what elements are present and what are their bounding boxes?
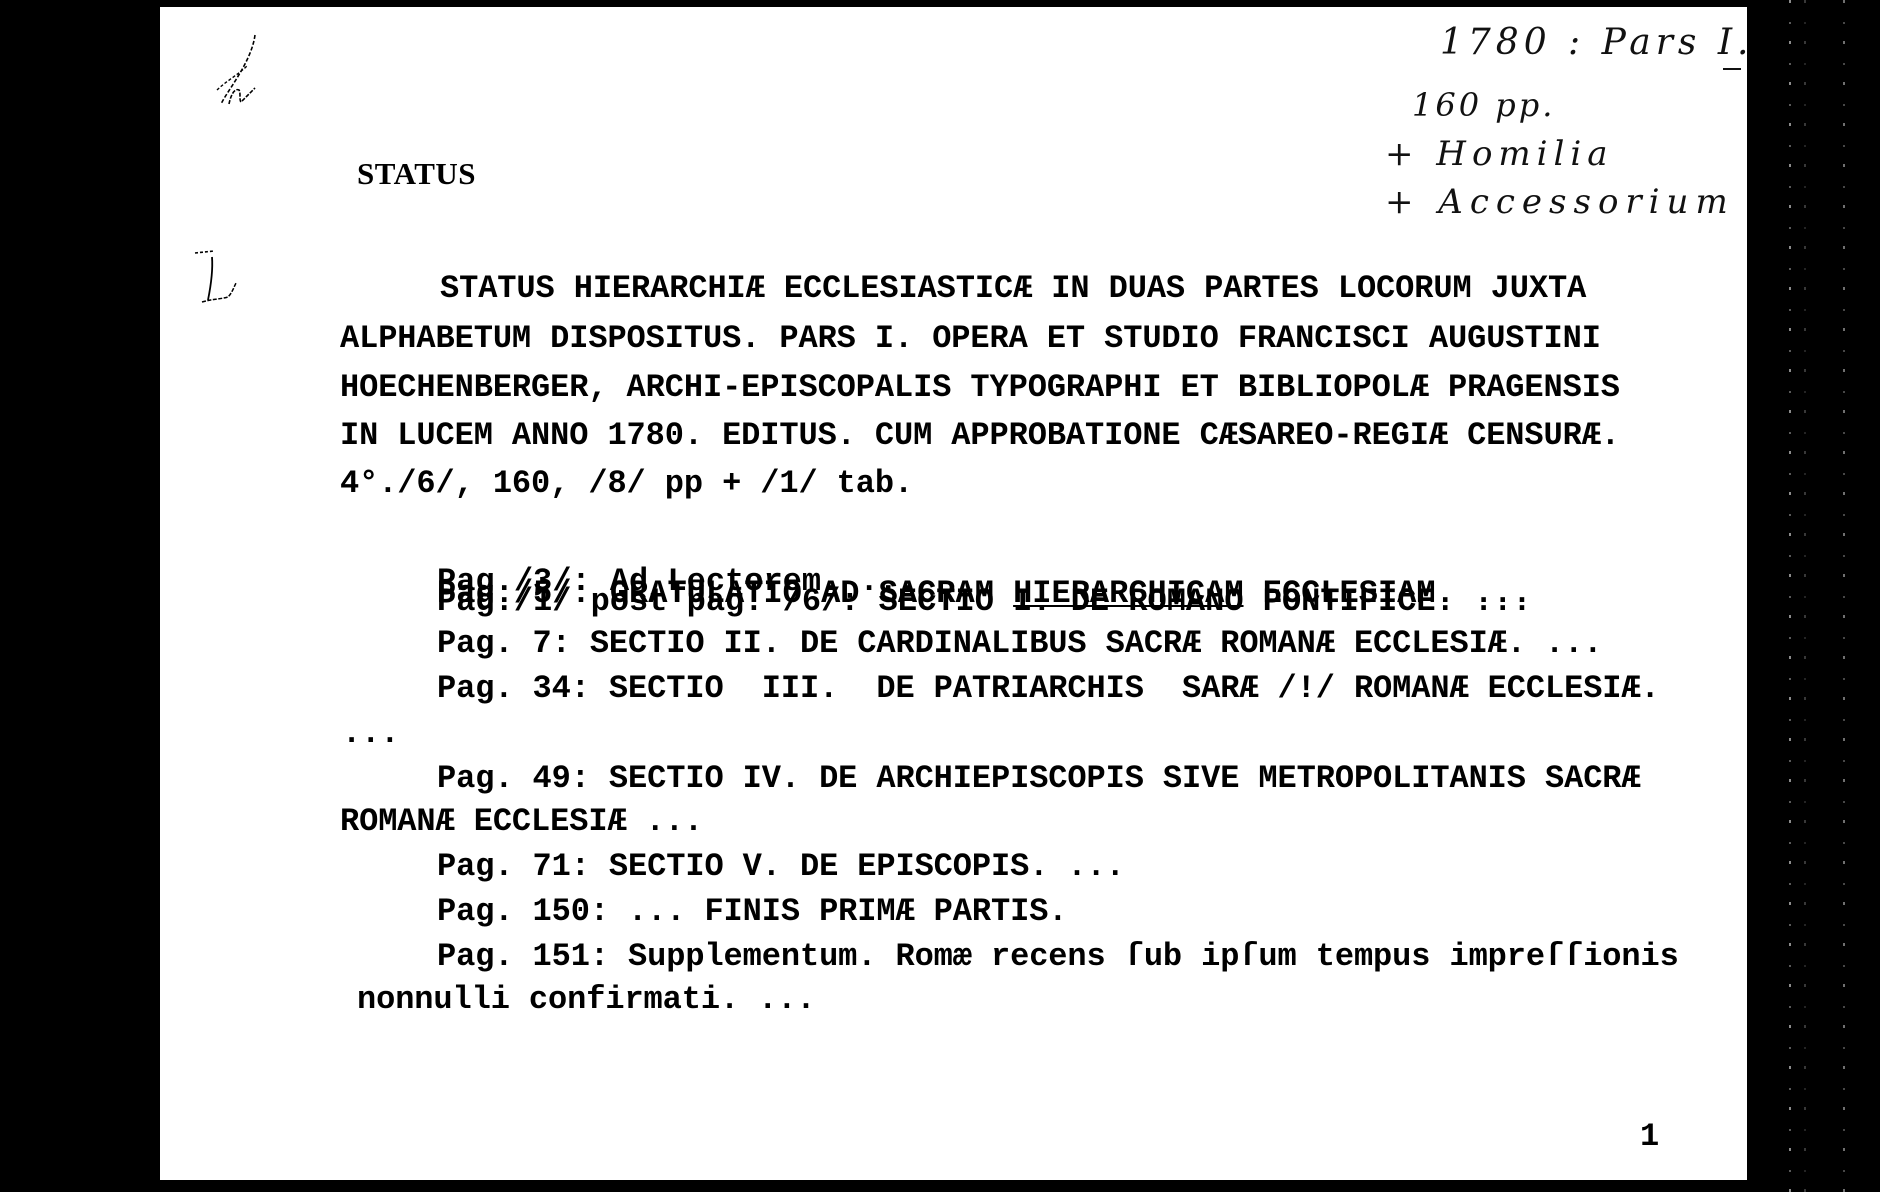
contents-entry-continuation: nonnulli confirmati. ... <box>357 984 815 1016</box>
contents-entry: Pag. 151: Supplementum. Romæ recens ſub … <box>437 941 1679 973</box>
page-number: 1 <box>1640 1121 1659 1153</box>
contents-entry: Pag. 7: SECTIO II. DE CARDINALIBUS SACRÆ… <box>437 628 1602 660</box>
contents-entry: Pag./1/ post pag. /6/: SECTIO I. DE ROMA… <box>437 586 1532 618</box>
handwritten-underline <box>1723 68 1741 70</box>
handwritten-note-line: + Homilia <box>1385 134 1614 174</box>
handwritten-note-line: 160 pp. <box>1412 86 1555 124</box>
title-line: IN LUCEM ANNO 1780. EDITUS. CUM APPROBAT… <box>340 420 1620 452</box>
title-line: ALPHABETUM DISPOSITUS. PARS I. OPERA ET … <box>340 323 1601 355</box>
contents-entry-continuation: ROMANÆ ECCLESIÆ ... <box>340 806 703 838</box>
title-line: HOECHENBERGER, ARCHI-EPISCOPALIS TYPOGRA… <box>340 372 1620 404</box>
collation-line: 4°./6/, 160, /8/ pp + /1/ tab. <box>340 468 913 500</box>
contents-entry: Pag. 150: ... FINIS PRIMÆ PARTIS. <box>437 896 1067 928</box>
title-line: STATUS HIERARCHIÆ ECCLESIASTICÆ IN DUAS … <box>440 273 1586 305</box>
contents-entry-continuation: ... <box>342 718 399 750</box>
scan-artifact-streak <box>1804 0 1806 1192</box>
handwritten-roman-numeral-icon <box>192 245 252 310</box>
contents-entry: Pag. 71: SECTIO V. DE EPISCOPIS. ... <box>437 851 1125 883</box>
document-heading: STATUS <box>357 158 476 190</box>
contents-entry: Pag. 49: SECTIO IV. DE ARCHIEPISCOPIS SI… <box>437 763 1641 795</box>
scan-artifact-streak <box>1843 0 1845 1192</box>
contents-entry: Pag. 34: SECTIO III. DE PATRIARCHIS SARÆ… <box>437 673 1660 705</box>
handwritten-note-line: + Accessorium <box>1385 182 1735 222</box>
handwritten-note-line: 1780 : Pars I. <box>1440 22 1754 63</box>
handwritten-h-mark-icon <box>205 30 275 110</box>
scan-artifact-streak <box>1789 0 1791 1192</box>
